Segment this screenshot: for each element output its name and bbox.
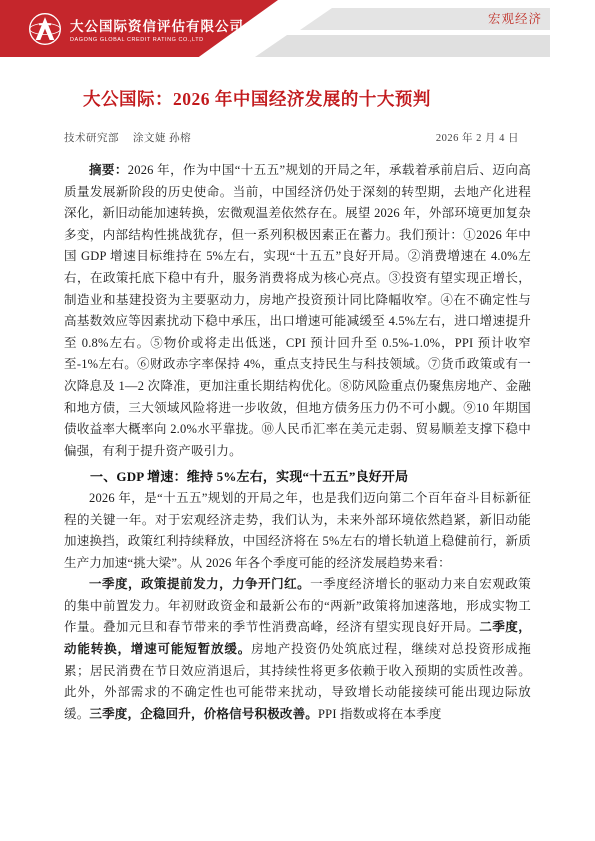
company-name-en: DAGONG GLOBAL CREDIT RATING CO.,LTD bbox=[70, 37, 244, 43]
abstract-text: 2026 年，作为中国“十五五”规划的开局之年，承载着承前启后、迈向高质量发展新… bbox=[64, 163, 531, 458]
section-1-heading: 一、GDP 增速：维持 5%左右，实现“十五五”良好开局 bbox=[64, 466, 531, 488]
header-stripe-bottom bbox=[255, 35, 550, 57]
brand-banner: 大公国际资信评估有限公司 DAGONG GLOBAL CREDIT RATING… bbox=[0, 0, 278, 57]
company-logo: 大公国际资信评估有限公司 DAGONG GLOBAL CREDIT RATING… bbox=[28, 12, 244, 46]
byline-department: 技术研究部 bbox=[64, 133, 119, 144]
report-body: 大公国际：2026 年中国经济发展的十大预判 技术研究部涂文婕 孙榕 2026 … bbox=[0, 57, 595, 725]
report-date: 2026 年 2 月 4 日 bbox=[436, 130, 519, 145]
company-name-cn: 大公国际资信评估有限公司 bbox=[70, 15, 244, 35]
abstract-paragraph: 摘要：2026 年，作为中国“十五五”规划的开局之年，承载着承前启后、迈向高质量… bbox=[64, 160, 531, 462]
section-1-paragraph-1: 2026 年，是“十五五”规划的开局之年，也是我们迈向第二个百年奋斗目标新征程的… bbox=[64, 488, 531, 574]
byline: 技术研究部涂文婕 孙榕 2026 年 2 月 4 日 bbox=[64, 130, 531, 145]
byline-author-names: 涂文婕 孙榕 bbox=[133, 133, 191, 144]
category-tag: 宏观经济 bbox=[488, 8, 550, 30]
header-stripe-top: 宏观经济 bbox=[300, 8, 550, 30]
dagong-globe-icon bbox=[28, 12, 62, 46]
abstract-label: 摘要： bbox=[89, 163, 128, 177]
section-1-paragraph-2: 一季度，政策提前发力，力争开门红。一季度经济增长的驱动力来自宏观政策的集中前置发… bbox=[64, 574, 531, 725]
byline-authors: 技术研究部涂文婕 孙榕 bbox=[64, 130, 191, 145]
report-header: 大公国际资信评估有限公司 DAGONG GLOBAL CREDIT RATING… bbox=[0, 0, 595, 57]
company-name: 大公国际资信评估有限公司 DAGONG GLOBAL CREDIT RATING… bbox=[70, 15, 244, 43]
page-title: 大公国际：2026 年中国经济发展的十大预判 bbox=[83, 86, 531, 111]
